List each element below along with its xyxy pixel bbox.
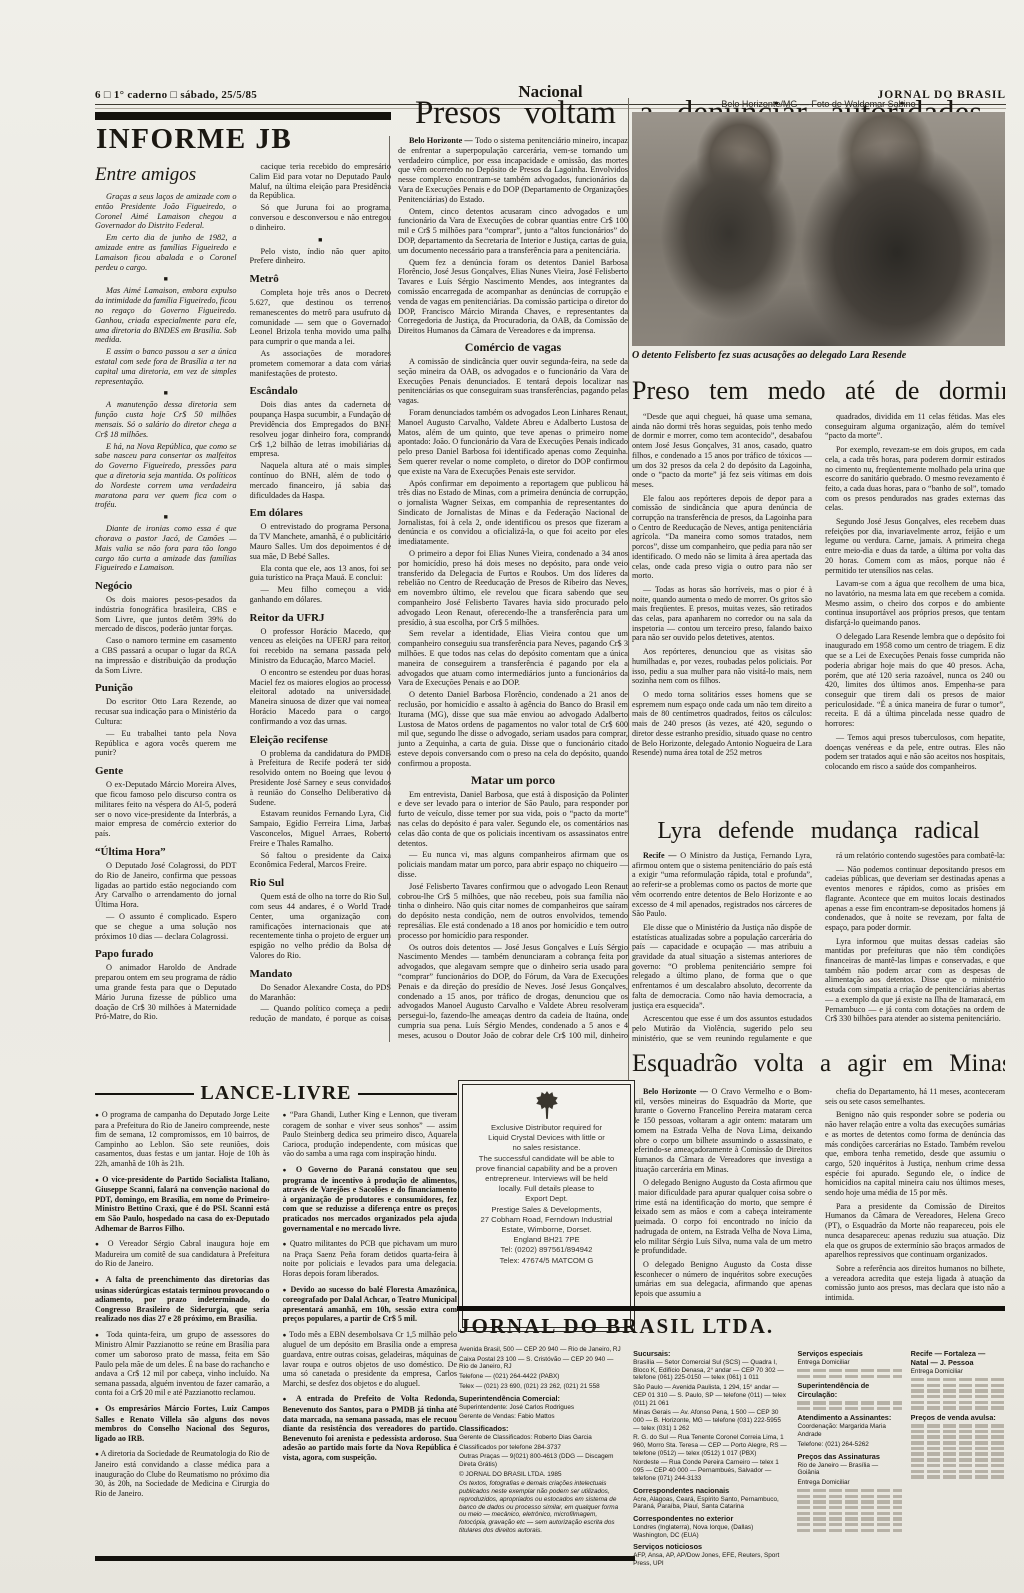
fineprint-line: Rio de Janeiro — Brasília — Goiânia	[797, 1462, 901, 1477]
esquadrao-columns: Belo Horizonte — O Cravo Vermelho e o Bo…	[632, 1087, 1005, 1309]
informe-paragraph: — Quando político começa a pedir redução…	[250, 1004, 392, 1022]
esquadrao-column-1: Belo Horizonte — O Cravo Vermelho e o Bo…	[632, 1087, 812, 1309]
lyra-headline: Lyra defende mudança radical	[632, 818, 1005, 845]
fineprint-line: Telex — (021) 23 690, (021) 23 262, (021…	[459, 1383, 624, 1391]
footer-column-address: Avenida Brasil, 500 — CEP 20 940 — Rio d…	[459, 1346, 624, 1584]
news-brief-item: A falta de preenchimento das diretorias …	[95, 1275, 270, 1324]
ad-text-line: Tel: (0202) 897561/894942	[468, 1245, 625, 1255]
square-separator: ■	[95, 389, 237, 397]
article-paragraph: Quem fez a denúncia foram os detentos Da…	[398, 258, 628, 336]
illegible-text-lines	[797, 1489, 901, 1532]
article-paragraph: Aos repórteres, denunciou que as visitas…	[632, 647, 812, 686]
section-subhead: Serviços noticiosos	[633, 1542, 788, 1551]
section-subhead: Papo furado	[95, 948, 237, 960]
news-brief-item: O programa de campanha do Deputado Jorge…	[95, 1110, 270, 1169]
informe-paragraph: As associações de moradores prometem com…	[250, 349, 392, 378]
header-dash-left	[95, 1093, 194, 1095]
section-subhead: Preços de venda avulsa:	[911, 1413, 1005, 1422]
informe-paragraph: — Eu trabalhei tanto pela Nova República…	[95, 729, 237, 758]
article-paragraph: Sem revelar a identidade, Elias Vieira c…	[398, 629, 628, 688]
ad-text-line: entrepreneur. Interviews will be held	[468, 1174, 625, 1184]
informe-paragraph: O animador Haroldo de Andrade preparou o…	[95, 963, 237, 1022]
bottom-rule	[95, 1556, 635, 1561]
news-brief-item: O Vereador Sérgio Cabral inaugura hoje e…	[95, 1239, 270, 1269]
ad-text-line: Exclusive Distributor required for	[468, 1123, 625, 1133]
article-paragraph: O detento Daniel Barbosa Florêncio, cond…	[398, 690, 628, 768]
section-subhead: Recife — Fortaleza — Natal — J. Pessoa	[911, 1349, 1005, 1367]
fineprint-line: Nordeste — Rua Conde Pereira Carneiro — …	[633, 1459, 788, 1482]
informe-paragraph: Só faltou o presidente da Caixa Econômic…	[250, 851, 392, 871]
article-paragraph: “Desde que aqui cheguei, há quase uma se…	[632, 412, 812, 490]
informe-paragraph: O ex-Deputado Márcio Moreira Alves, que …	[95, 780, 237, 839]
informe-paragraph: Quem está de olho na torre do Rio Sul, c…	[250, 892, 392, 961]
fineprint-line: AFP, Ansa, AP, AP/Dow Jones, EFE, Reuter…	[633, 1552, 788, 1567]
article-paragraph: Belo Horizonte — O Cravo Vermelho e o Bo…	[632, 1087, 812, 1174]
fineprint-line: Coordenação: Margarida Maria Andrade	[797, 1423, 901, 1438]
fineprint-line: © JORNAL DO BRASIL LTDA. 1985	[459, 1471, 624, 1479]
article-paragraph: Ele disse que o Ministério da Justiça nã…	[632, 923, 812, 1010]
ad-text-line: locally. Full details please to	[468, 1184, 625, 1194]
section-subhead: Em dólares	[250, 507, 392, 519]
esquadrao-headline: Esquadrão volta a agir em Minas	[632, 1050, 1005, 1078]
article-paragraph: Por exemplo, revezam-se em dois grupos, …	[825, 445, 1005, 513]
square-separator: ■	[95, 513, 237, 521]
informe-paragraph: cacique teria recebido do empresário Cal…	[250, 162, 392, 201]
informe-paragraph: Pelo visto, índio não quer apito. Prefer…	[250, 247, 392, 267]
photo-caption: O detento Felisberto fez suas acusações …	[632, 350, 1005, 361]
section-subhead: Gente	[95, 765, 237, 777]
section-subhead: Eleição recifense	[250, 734, 392, 746]
article-paragraph: — Temos aqui presos tuberculosos, com he…	[825, 733, 1005, 772]
informe-paragraph: Só que Juruna foi ao programa, conversou…	[250, 203, 392, 232]
lance-livre-columns: O programa de campanha do Deputado Jorge…	[95, 1110, 457, 1542]
informe-jb-section: INFORME JB Entre amigosGraças a seus laç…	[95, 112, 391, 1037]
article-paragraph: Foram denunciados também os advogados Le…	[398, 408, 628, 477]
ad-text-line: no sales resistance.	[468, 1143, 625, 1153]
article-paragraph: Lyra informou que muitas dessas cadeias …	[825, 937, 1005, 1024]
news-brief-item: “Para Ghandi, Luther King e Lennon, que …	[283, 1110, 458, 1159]
ad-text-line: prove financial capability and be a prov…	[468, 1164, 625, 1174]
informe-jb-top-bar	[95, 112, 391, 120]
article-paragraph: O delegado Benigno Augusto da Costa afir…	[632, 1178, 812, 1256]
illegible-text-lines	[797, 1369, 901, 1378]
article-paragraph: chefia do Departamento, há 11 meses, aco…	[825, 1087, 1005, 1106]
article-paragraph: Ele falou aos repórteres depois de depor…	[632, 494, 812, 581]
lyra-columns: Recife — O Ministro da Justiça, Fernando…	[632, 851, 1005, 1043]
informe-jb-columns: Entre amigosGraças a seus laços de amiza…	[95, 162, 391, 1022]
section-subhead: Negócio	[95, 580, 237, 592]
article-paragraph: Os outros dois detentos — José Jesus Gon…	[398, 943, 628, 1042]
section-subhead: Matar um porco	[398, 773, 628, 788]
fineprint-line: Londres (Inglaterra), Nova Iorque, (Dall…	[633, 1524, 788, 1539]
article-paragraph: O delegado Lara Resende lembra que o dep…	[825, 632, 1005, 729]
article-paragraph: Segundo José Jesus Gonçalves, eles receb…	[825, 517, 1005, 575]
fineprint-line: Classificados por telefone 284-3737	[459, 1444, 624, 1452]
lyra-column-1: Recife — O Ministro da Justiça, Fernando…	[632, 851, 812, 1043]
header-dash-right	[358, 1093, 457, 1095]
esquadrao-column-2: chefia do Departamento, há 11 meses, aco…	[825, 1087, 1005, 1309]
lance-livre-header: LANCE-LIVRE	[95, 1082, 457, 1105]
section-subhead: Comércio de vagas	[398, 340, 628, 355]
ad-text-lines: Exclusive Distributor required forLiquid…	[468, 1123, 625, 1266]
lance-column-1: O programa de campanha do Deputado Jorge…	[95, 1110, 270, 1542]
informe-paragraph: Naquela altura até o mais simples contín…	[250, 461, 392, 500]
informe-paragraph: O problema da candidatura do PMDB à Pref…	[250, 749, 392, 808]
ad-text-line: Export Dept.	[468, 1194, 625, 1204]
photo-credit: Belo Horizonte/MG — Foto de Waldemar Sab…	[632, 99, 1005, 109]
fineprint-line: Avenida Brasil, 500 — CEP 20 940 — Rio d…	[459, 1346, 624, 1354]
ad-text-line: The successful candidate will be able to	[468, 1154, 625, 1164]
article-paragraph: Benigno não quis responder sobre se pode…	[825, 1110, 1005, 1197]
crest-icon	[534, 1090, 560, 1120]
section-subhead: “Última Hora”	[95, 846, 237, 858]
square-separator: ■	[250, 236, 392, 244]
informe-column-1: Entre amigosGraças a seus laços de amiza…	[95, 162, 237, 1022]
news-brief-item: Devido ao sucesso do balé Floresta Amazô…	[283, 1285, 458, 1324]
footer-top-rule	[457, 1306, 1005, 1311]
section-subhead: Preços das Assinaturas	[797, 1452, 901, 1461]
section-subhead: Serviços especiais	[797, 1349, 901, 1358]
article-paragraph: Belo Horizonte — Todo o sistema penitenc…	[398, 136, 628, 205]
footer-column-sucursais: Sucursais:Brasília — Setor Comercial Sul…	[633, 1346, 788, 1584]
preso-column-1: “Desde que aqui cheguei, há quase uma se…	[632, 412, 812, 810]
square-separator: ■	[95, 275, 237, 283]
article-paragraph: Sobre a referência aos direitos humanos …	[825, 1264, 1005, 1303]
section-subhead: Escândalo	[250, 385, 392, 397]
footer-column-servicos: Serviços especiaisEntrega DomiciliarSupe…	[797, 1346, 901, 1584]
section-subhead: Superintendência Comercial:	[459, 1394, 624, 1403]
article-paragraph: O medo torna solitários esses homens que…	[632, 690, 812, 758]
classified-ad-box: Exclusive Distributor required forLiquid…	[458, 1080, 635, 1332]
main-article-column: Belo Horizonte — Todo o sistema penitenc…	[389, 136, 628, 1042]
article-paragraph: Acrescentou que esse é um dos assuntos e…	[632, 1014, 812, 1043]
informe-paragraph: Em certo dia de junho de 1982, a amizade…	[95, 233, 237, 272]
section-subhead: Atendimento a Assinantes:	[797, 1413, 901, 1422]
informe-paragraph: A manutenção dessa diretoria sem função …	[95, 400, 237, 439]
section-subhead: Correspondentes nacionais	[633, 1486, 788, 1495]
informe-paragraph: Os dois maiores pesos-pesados da indústr…	[95, 595, 237, 634]
informe-paragraph: E há, na Nova República, que como se sab…	[95, 442, 237, 511]
ad-text-line: Prestige Sales & Developments,	[468, 1205, 625, 1215]
informe-paragraph: O encontro se estendeu por duas horas. M…	[250, 668, 392, 727]
fineprint-line: Caixa Postal 23 100 — S. Cristóvão — CEP…	[459, 1356, 624, 1371]
ad-text-line: Telex: 47674/5 MATCOM G	[468, 1256, 625, 1266]
illegible-text-lines	[911, 1424, 1005, 1479]
informe-paragraph: — Meu filho começou a vida ganhando em d…	[250, 585, 392, 605]
ad-text-line: 27 Cobham Road, Ferndown Industrial	[468, 1215, 625, 1225]
section-subhead: Mandato	[250, 968, 392, 980]
fineprint-line: Gerente de Vendas: Fabio Mattos	[459, 1413, 624, 1421]
ad-text-line: Liquid Crystal Devices with little or	[468, 1133, 625, 1143]
informe-paragraph: — O assunto é complicado. Espero que se …	[95, 912, 237, 941]
preso-column-2: quadrados, dividida em 11 celas fétidas.…	[825, 412, 1005, 810]
ad-text-line: Estate, Wimborne, Dorset.	[468, 1225, 625, 1235]
ad-text-line: England BH21 7PE	[468, 1235, 625, 1245]
fineprint-line: Entrega Domiciliar	[911, 1368, 1005, 1376]
article-paragraph: A comissão de sindicância quer ouvir seg…	[398, 357, 628, 406]
news-brief-item: O Governo do Paraná constatou que seu pr…	[283, 1165, 458, 1233]
lance-livre-section: LANCE-LIVRE O programa de campanha do De…	[95, 1082, 457, 1550]
section-subhead: Classificados:	[459, 1424, 624, 1433]
footer-company-title: JORNAL DO BRASIL LTDA.	[459, 1314, 774, 1339]
news-photo	[632, 112, 1005, 346]
column-heading: Entre amigos	[95, 164, 237, 186]
section-subhead: Correspondentes no exterior	[633, 1514, 788, 1523]
informe-paragraph: Caso o namoro termine em casamento a CBS…	[95, 636, 237, 675]
news-brief-item: Toda quinta-feira, um grupo de assessore…	[95, 1330, 270, 1398]
section-subhead: Sucursais:	[633, 1349, 788, 1358]
informe-column-2: cacique teria recebido do empresário Cal…	[250, 162, 392, 1022]
informe-jb-title: INFORME JB	[96, 123, 391, 156]
section-subhead: Rio Sul	[250, 877, 392, 889]
article-paragraph: Após confirmar em depoimento a reportage…	[398, 479, 628, 548]
article-paragraph: rá um relatório contendo sugestões para …	[825, 851, 1005, 861]
article-paragraph: — Todas as horas são horríveis, mas o pi…	[632, 585, 812, 643]
fineprint-line: Acre, Alagoas, Ceará, Espírito Santo, Pe…	[633, 1496, 788, 1511]
fineprint-line: Brasília — Setor Comercial Sul (SCS) — Q…	[633, 1359, 788, 1382]
preso-columns: “Desde que aqui cheguei, há quase uma se…	[632, 412, 1005, 810]
informe-paragraph: Diante de ironias como essa é que chorav…	[95, 524, 237, 573]
footer-column-precos: Recife — Fortaleza — Natal — J. PessoaEn…	[911, 1346, 1005, 1584]
section-subhead: Reitor da UFRJ	[250, 612, 392, 624]
fineprint-line: Os textos, fotografias e demais criações…	[459, 1480, 624, 1534]
article-paragraph: — Não podemos continuar depositando pres…	[825, 865, 1005, 933]
informe-paragraph: O professor Horácio Macedo, que venceu a…	[250, 627, 392, 666]
fineprint-line: Telefone — (021) 264-4422 (PABX)	[459, 1373, 624, 1381]
lyra-column-2: rá um relatório contendo sugestões para …	[825, 851, 1005, 1043]
fineprint-line: R. G. do Sul — Rua Tenente Coronel Corre…	[633, 1434, 788, 1457]
illegible-text-lines	[797, 1401, 901, 1410]
section-subhead: Superintendência de Circulação:	[797, 1381, 901, 1399]
informe-paragraph: Completa hoje três anos o Decreto 5.627,…	[250, 288, 392, 347]
article-paragraph: — Eu nunca vi, mas alguns companheiros a…	[398, 850, 628, 879]
article-paragraph: Lavam-se com a água que recolhem de uma …	[825, 579, 1005, 628]
article-paragraph: O primeiro a depor foi Elias Nunes Vieir…	[398, 549, 628, 627]
news-brief-item: A entrada do Prefeito de Volta Redonda, …	[283, 1394, 458, 1462]
informe-paragraph: O Deputado José Colagrossi, do PDT do Ri…	[95, 861, 237, 910]
fineprint-line: Superintendente: José Carlos Rodrigues	[459, 1404, 624, 1412]
informe-paragraph: Mas Aimé Lamaison, embora expulso da int…	[95, 286, 237, 345]
newspaper-page: 6 □ 1° caderno □ sábado, 25/5/85 Naciona…	[0, 0, 1024, 1593]
article-paragraph: Recife — O Ministro da Justiça, Fernando…	[632, 851, 812, 919]
page-number-info: 6 □ 1° caderno □ sábado, 25/5/85	[95, 89, 257, 101]
news-brief-item: O vice-presidente do Partido Socialista …	[95, 1175, 270, 1234]
section-subhead: Metrô	[250, 273, 392, 285]
informe-paragraph: Ela conta que ele, aos 13 anos, foi ser …	[250, 564, 392, 584]
fineprint-line: São Paulo — Avenida Paulista, 1 294, 15°…	[633, 1384, 788, 1407]
fineprint-line: Entrega Domiciliar	[797, 1479, 901, 1487]
section-subhead: Punição	[95, 682, 237, 694]
informe-paragraph: Do Senador Alexandre Costa, do PDS do Ma…	[250, 983, 392, 1003]
news-brief-item: Quatro militantes do PCB que pichavam um…	[283, 1239, 458, 1278]
informe-paragraph: Graças a seus laços de amizade com o ent…	[95, 192, 237, 231]
ad-content: Exclusive Distributor required forLiquid…	[462, 1084, 631, 1328]
news-brief-item: Os empresários Márcio Fortes, Luiz Campo…	[95, 1404, 270, 1443]
fineprint-line: Telefone: (021) 264-5262	[797, 1441, 901, 1449]
fineprint-line: Minas Gerais — Av. Afonso Pena, 1 500 — …	[633, 1409, 788, 1432]
fineprint-line: Gerente de Classificados: Roberto Dias G…	[459, 1434, 624, 1442]
article-paragraph: Ontem, cinco detentos acusaram cinco adv…	[398, 207, 628, 256]
informe-paragraph: Dois dias antes da caderneta de poupança…	[250, 400, 392, 459]
preso-headline: Preso tem medo até de dormir	[632, 376, 1005, 406]
news-brief-item: A diretoria da Sociedade de Reumatologia…	[95, 1449, 270, 1498]
informe-paragraph: Estavam reunidos Fernando Lyra, Cid Samp…	[250, 809, 392, 848]
article-paragraph: Para a presidente da Comissão de Direito…	[825, 1202, 1005, 1260]
fineprint-line: Entrega Domiciliar	[797, 1359, 901, 1367]
news-brief-item: Todo mês a EBN desembolsava Cr 1,5 milhã…	[283, 1330, 458, 1389]
informe-paragraph: O entrevistado do programa Persona, da T…	[250, 522, 392, 561]
footer-columns: Avenida Brasil, 500 — CEP 20 940 — Rio d…	[459, 1346, 1005, 1584]
article-paragraph: Em entrevista, Daniel Barbosa, que está …	[398, 790, 628, 849]
article-paragraph: José Felisberto Tavares confirmou que o …	[398, 882, 628, 941]
lance-column-2: “Para Ghandi, Luther King e Lennon, que …	[283, 1110, 458, 1542]
lance-livre-title: LANCE-LIVRE	[200, 1082, 351, 1105]
informe-paragraph: E assim o banco passou a ser a única est…	[95, 347, 237, 386]
fineprint-line: Outras Praças — 9(021) 800-4613 (DDG — D…	[459, 1453, 624, 1468]
illegible-text-lines	[911, 1378, 1005, 1410]
article-paragraph: quadrados, dividida em 11 celas fétidas.…	[825, 412, 1005, 441]
article-paragraph: O delegado Benigno Augusto da Costa diss…	[632, 1260, 812, 1299]
informe-paragraph: Do escritor Otto Lara Rezende, ao recusa…	[95, 697, 237, 726]
